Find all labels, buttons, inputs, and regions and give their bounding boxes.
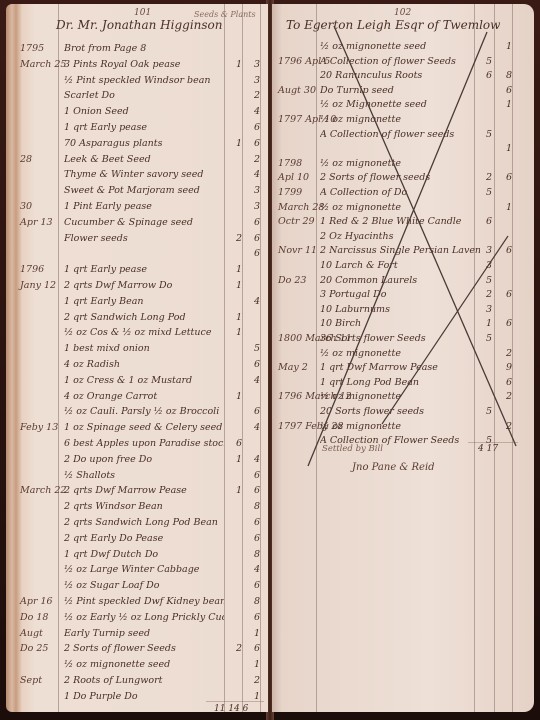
ledger-book: 101 Seeds & Plants Dr. Mr. Jonathan Higg… <box>0 0 540 720</box>
settled-note: Settled by Bill <box>322 444 383 454</box>
total-rule <box>206 701 264 702</box>
entry-description: 1 Do Purple Do <box>64 688 224 706</box>
page-number: 102 <box>394 8 411 18</box>
total-rule <box>468 442 518 443</box>
account-title: Dr. Mr. Jonathan Higginson <box>56 18 223 32</box>
page-total: 11 14 6 <box>214 704 248 712</box>
page-number: 101 <box>134 8 151 18</box>
page-total: 4 17 <box>478 444 498 454</box>
signature: Jno Pane & Reid <box>352 462 435 473</box>
right-page: 102 To Egerton Leigh Esqr of Twemlow ½ o… <box>272 4 534 712</box>
left-page: 101 Seeds & Plants Dr. Mr. Jonathan Higg… <box>6 4 268 712</box>
account-title: To Egerton Leigh Esqr of Twemlow <box>286 18 500 32</box>
